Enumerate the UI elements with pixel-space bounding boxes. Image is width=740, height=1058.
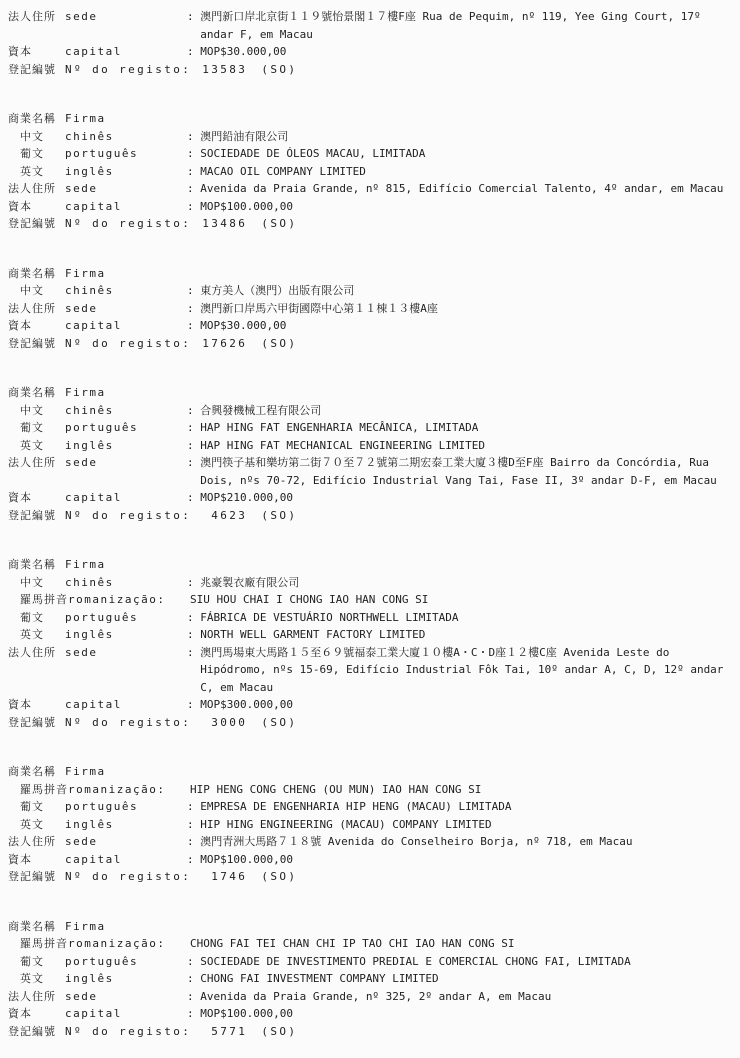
colon-separator: :	[187, 970, 200, 988]
colon-separator: :	[187, 180, 200, 198]
field-row: 資本capital: MOP$210.000,00	[8, 489, 734, 507]
field-value: FÁBRICA DE VESTUÁRIO NORTHWELL LIMITADA	[200, 609, 734, 627]
field-value: Avenida da Praia Grande, nº 325, 2º anda…	[200, 988, 734, 1006]
label-pt: Nº do registo:	[65, 1023, 191, 1041]
firma-header-row: 商業名稱Firma	[8, 384, 734, 402]
field-value-wrap: : MOP$300.000,00	[187, 696, 734, 714]
label-pt: chinês	[65, 574, 187, 592]
field-value-wrap: : FÁBRICA DE VESTUÁRIO NORTHWELL LIMITAD…	[187, 609, 734, 627]
label-zh: 法人住所	[8, 988, 65, 1006]
field-value-wrap: : HAP HING FAT MECHANICAL ENGINEERING LI…	[187, 437, 734, 455]
label-zh: 登記編號	[8, 868, 65, 886]
colon-separator: :	[187, 1005, 200, 1023]
field-value-wrap: : EMPRESA DE ENGENHARIA HIP HENG (MACAU)…	[187, 798, 734, 816]
label-pt: Nº do registo:	[65, 335, 191, 353]
label-pt: Firma	[65, 265, 187, 283]
field-value: NORTH WELL GARMENT FACTORY LIMITED	[200, 626, 734, 644]
colon-separator: :	[187, 317, 200, 335]
colon-separator: :	[187, 437, 200, 455]
field-row: 英文inglês: HIP HING ENGINEERING (MACAU) C…	[8, 816, 734, 834]
label-pt: chinês	[65, 402, 187, 420]
field-row: 資本capital: MOP$100.000,00	[8, 198, 734, 216]
field-value-wrap: : 澳門青洲大馬路７１８號 Avenida do Conselheiro Bor…	[187, 833, 734, 851]
colon-separator: :	[187, 953, 200, 971]
label-pt: português	[65, 953, 187, 971]
company-entry: 法人住所sede: 澳門新口岸北京街１１９號怡景閣１７樓F座 Rua de Pe…	[8, 8, 734, 78]
colon-separator: :	[187, 454, 200, 489]
colon-separator: :	[187, 851, 200, 869]
field-value: MOP$300.000,00	[200, 696, 734, 714]
field-value: HIP HING ENGINEERING (MACAU) COMPANY LIM…	[200, 816, 734, 834]
registration-number: 4623	[201, 507, 247, 525]
field-row: 資本capital: MOP$100.000,00	[8, 1005, 734, 1023]
label-pt: inglês	[65, 437, 187, 455]
field-value: SOCIEDADE DE INVESTIMENTO PREDIAL E COME…	[200, 953, 734, 971]
label-pt: capital	[65, 696, 187, 714]
registration-row: 登記編號Nº do registo:17626(SO)	[8, 335, 734, 353]
field-value-wrap: : Avenida da Praia Grande, nº 325, 2º an…	[187, 988, 734, 1006]
label-zh: 資本	[8, 489, 65, 507]
field-row: 葡文português: SOCIEDADE DE INVESTIMENTO P…	[8, 953, 734, 971]
field-row: 英文inglês: NORTH WELL GARMENT FACTORY LIM…	[8, 626, 734, 644]
label-zh: 法人住所	[8, 833, 65, 851]
label-zh: 中文	[8, 128, 65, 146]
field-row: 羅馬拼音romanização:CHONG FAI TEI CHAN CHI I…	[8, 935, 734, 953]
label-pt: sede	[65, 988, 187, 1006]
registration-number: 5771	[201, 1023, 247, 1041]
label-pt: capital	[65, 851, 187, 869]
company-entry: 商業名稱Firma中文chinês: 兆豪製衣廠有限公司羅馬拼音romaniza…	[8, 556, 734, 731]
registration-suffix: (SO)	[261, 507, 297, 525]
field-value: CHONG FAI INVESTMENT COMPANY LIMITED	[200, 970, 734, 988]
registration-suffix: (SO)	[261, 714, 297, 732]
label-pt: inglês	[65, 626, 187, 644]
label-zh: 資本	[8, 851, 65, 869]
label-zh: 葡文	[8, 609, 65, 627]
field-row: 英文inglês: HAP HING FAT MECHANICAL ENGINE…	[8, 437, 734, 455]
label-zh: 羅馬拼音	[8, 935, 68, 953]
field-value-wrap: : MOP$100.000,00	[187, 198, 734, 216]
field-value: SOCIEDADE DE ÓLEOS MACAU, LIMITADA	[200, 145, 734, 163]
label-pt: romanização:	[68, 781, 190, 799]
registration-number: 13486	[201, 215, 247, 233]
colon-separator: :	[187, 574, 200, 592]
label-zh: 英文	[8, 970, 65, 988]
label-zh: 商業名稱	[8, 556, 65, 574]
company-entry: 商業名稱Firma中文chinês: 澳門鉛油有限公司葡文português: …	[8, 110, 734, 233]
label-pt: sede	[65, 300, 187, 318]
label-pt: capital	[65, 489, 187, 507]
field-value-wrap: : 澳門新口岸北京街１１９號怡景閣１７樓F座 Rua de Pequim, nº…	[187, 8, 734, 43]
field-value: CHONG FAI TEI CHAN CHI IP TAO CHI IAO HA…	[190, 935, 734, 953]
field-value: 合興發機械工程有限公司	[200, 402, 734, 420]
field-value-wrap: : SOCIEDADE DE ÓLEOS MACAU, LIMITADA	[187, 145, 734, 163]
label-pt: chinês	[65, 282, 187, 300]
label-pt: inglês	[65, 816, 187, 834]
field-value-wrap: : MOP$100.000,00	[187, 1005, 734, 1023]
field-value-wrap: : 澳門新口岸馬六甲街國際中心第１１棟１３樓A座	[187, 300, 734, 318]
label-zh: 葡文	[8, 953, 65, 971]
field-row: 葡文português: SOCIEDADE DE ÓLEOS MACAU, L…	[8, 145, 734, 163]
colon-separator: :	[187, 128, 200, 146]
label-zh: 登記編號	[8, 335, 65, 353]
label-zh: 資本	[8, 1005, 65, 1023]
field-value: 澳門馬場東大馬路１５至６９號福泰工業大廈１０樓A・C・D座１２樓C座 Aveni…	[200, 644, 734, 697]
colon-separator: :	[187, 988, 200, 1006]
registration-number: 3000	[201, 714, 247, 732]
label-pt: Nº do registo:	[65, 868, 191, 886]
field-value-wrap: SIU HOU CHAI I CHONG IAO HAN CONG SI	[190, 591, 734, 609]
field-row: 法人住所sede: 澳門新口岸馬六甲街國際中心第１１棟１３樓A座	[8, 300, 734, 318]
label-zh: 法人住所	[8, 180, 65, 198]
label-zh: 登記編號	[8, 507, 65, 525]
field-value: MACAO OIL COMPANY LIMITED	[200, 163, 734, 181]
registration-row: 登記編號Nº do registo:13486(SO)	[8, 215, 734, 233]
colon-separator: :	[187, 696, 200, 714]
field-value: HAP HING FAT ENGENHARIA MECÂNICA, LIMITA…	[200, 419, 734, 437]
label-pt: português	[65, 145, 187, 163]
label-pt: Nº do registo:	[65, 61, 191, 79]
label-pt: chinês	[65, 128, 187, 146]
field-row: 資本capital: MOP$300.000,00	[8, 696, 734, 714]
label-zh: 羅馬拼音	[8, 781, 68, 799]
colon-separator: :	[187, 198, 200, 216]
label-zh: 商業名稱	[8, 265, 65, 283]
label-pt: Firma	[65, 556, 187, 574]
company-entry: 商業名稱Firma羅馬拼音romanização:CHONG FAI TEI C…	[8, 918, 734, 1041]
field-value-wrap: : HAP HING FAT ENGENHARIA MECÂNICA, LIMI…	[187, 419, 734, 437]
field-value: 澳門青洲大馬路７１８號 Avenida do Conselheiro Borja…	[200, 833, 734, 851]
label-pt: Nº do registo:	[65, 215, 191, 233]
colon-separator: :	[187, 43, 200, 61]
field-value-wrap: : 合興發機械工程有限公司	[187, 402, 734, 420]
colon-separator: :	[187, 419, 200, 437]
field-value: 澳門筷子基和樂坊第二街７０至７２號第二期宏泰工業大廈３樓D至F座 Bairro …	[200, 454, 734, 489]
registration-suffix: (SO)	[261, 868, 297, 886]
field-row: 葡文português: EMPRESA DE ENGENHARIA HIP H…	[8, 798, 734, 816]
field-value-wrap: : MOP$100.000,00	[187, 851, 734, 869]
label-pt: sede	[65, 180, 187, 198]
label-pt: inglês	[65, 163, 187, 181]
label-pt: Firma	[65, 110, 187, 128]
colon-separator: :	[187, 798, 200, 816]
label-pt: Firma	[65, 384, 187, 402]
label-zh: 資本	[8, 696, 65, 714]
colon-separator: :	[187, 626, 200, 644]
field-row: 法人住所sede: 澳門青洲大馬路７１８號 Avenida do Conselh…	[8, 833, 734, 851]
label-zh: 商業名稱	[8, 384, 65, 402]
firma-header-row: 商業名稱Firma	[8, 265, 734, 283]
company-entry: 商業名稱Firma中文chinês: 合興發機械工程有限公司葡文portuguê…	[8, 384, 734, 524]
label-pt: sede	[65, 454, 187, 472]
field-value: MOP$210.000,00	[200, 489, 734, 507]
label-pt: capital	[65, 317, 187, 335]
field-value-wrap: : MOP$30.000,00	[187, 317, 734, 335]
label-pt: sede	[65, 8, 187, 26]
field-value: MOP$100.000,00	[200, 198, 734, 216]
field-row: 葡文português: FÁBRICA DE VESTUÁRIO NORTHW…	[8, 609, 734, 627]
label-zh: 英文	[8, 816, 65, 834]
field-value-wrap: : MACAO OIL COMPANY LIMITED	[187, 163, 734, 181]
field-row: 中文chinês: 兆豪製衣廠有限公司	[8, 574, 734, 592]
field-value: SIU HOU CHAI I CHONG IAO HAN CONG SI	[190, 591, 734, 609]
field-row: 英文inglês: CHONG FAI INVESTMENT COMPANY L…	[8, 970, 734, 988]
label-zh: 葡文	[8, 798, 65, 816]
field-value: Avenida da Praia Grande, nº 815, Edifíci…	[200, 180, 734, 198]
registration-number: 1746	[201, 868, 247, 886]
field-value-wrap: : HIP HING ENGINEERING (MACAU) COMPANY L…	[187, 816, 734, 834]
field-value-wrap: : MOP$30.000,00	[187, 43, 734, 61]
label-pt: português	[65, 609, 187, 627]
label-zh: 法人住所	[8, 300, 65, 318]
field-row: 法人住所sede: 澳門馬場東大馬路１５至６９號福泰工業大廈１０樓A・C・D座１…	[8, 644, 734, 697]
field-value-wrap: : 東方美人（澳門）出版有限公司	[187, 282, 734, 300]
label-zh: 資本	[8, 317, 65, 335]
field-value-wrap: : 澳門馬場東大馬路１５至６９號福泰工業大廈１０樓A・C・D座１２樓C座 Ave…	[187, 644, 734, 697]
label-pt: sede	[65, 833, 187, 851]
label-pt: sede	[65, 644, 187, 662]
field-value-wrap: CHONG FAI TEI CHAN CHI IP TAO CHI IAO HA…	[190, 935, 734, 953]
company-entry: 商業名稱Firma羅馬拼音romanização:HIP HENG CONG C…	[8, 763, 734, 886]
registration-suffix: (SO)	[261, 215, 297, 233]
firma-header-row: 商業名稱Firma	[8, 110, 734, 128]
field-value: 澳門新口岸北京街１１９號怡景閣１７樓F座 Rua de Pequim, nº 1…	[200, 8, 734, 43]
registration-row: 登記編號Nº do registo:4623(SO)	[8, 507, 734, 525]
registry-entries: 法人住所sede: 澳門新口岸北京街１１９號怡景閣１７樓F座 Rua de Pe…	[8, 8, 734, 1040]
label-pt: Firma	[65, 763, 187, 781]
field-value: 澳門鉛油有限公司	[200, 128, 734, 146]
registration-row: 登記編號Nº do registo:3000(SO)	[8, 714, 734, 732]
registration-suffix: (SO)	[261, 335, 297, 353]
label-zh: 法人住所	[8, 644, 65, 662]
registration-row: 登記編號Nº do registo:1746(SO)	[8, 868, 734, 886]
registration-suffix: (SO)	[261, 1023, 297, 1041]
field-row: 法人住所sede: Avenida da Praia Grande, nº 32…	[8, 988, 734, 1006]
label-pt: Nº do registo:	[65, 714, 191, 732]
field-value-wrap: : MOP$210.000,00	[187, 489, 734, 507]
label-zh: 資本	[8, 198, 65, 216]
registration-row: 登記編號Nº do registo:13583(SO)	[8, 61, 734, 79]
label-zh: 商業名稱	[8, 110, 65, 128]
registration-row: 登記編號Nº do registo:5771(SO)	[8, 1023, 734, 1041]
firma-header-row: 商業名稱Firma	[8, 763, 734, 781]
field-row: 中文chinês: 合興發機械工程有限公司	[8, 402, 734, 420]
label-zh: 中文	[8, 402, 65, 420]
field-value: HAP HING FAT MECHANICAL ENGINEERING LIMI…	[200, 437, 734, 455]
field-value: HIP HENG CONG CHENG (OU MUN) IAO HAN CON…	[190, 781, 734, 799]
registry-document-page: 法人住所sede: 澳門新口岸北京街１１９號怡景閣１７樓F座 Rua de Pe…	[0, 0, 740, 1058]
field-value: 兆豪製衣廠有限公司	[200, 574, 734, 592]
label-pt: romanização:	[68, 935, 190, 953]
label-zh: 商業名稱	[8, 763, 65, 781]
label-pt: capital	[65, 1005, 187, 1023]
label-pt: português	[65, 798, 187, 816]
field-value: MOP$30.000,00	[200, 317, 734, 335]
field-value: 澳門新口岸馬六甲街國際中心第１１棟１３樓A座	[200, 300, 734, 318]
field-value: 東方美人（澳門）出版有限公司	[200, 282, 734, 300]
field-value-wrap: HIP HENG CONG CHENG (OU MUN) IAO HAN CON…	[190, 781, 734, 799]
colon-separator: :	[187, 816, 200, 834]
field-value: EMPRESA DE ENGENHARIA HIP HENG (MACAU) L…	[200, 798, 734, 816]
label-zh: 中文	[8, 282, 65, 300]
field-row: 資本capital: MOP$30.000,00	[8, 317, 734, 335]
field-row: 中文chinês: 澳門鉛油有限公司	[8, 128, 734, 146]
label-zh: 英文	[8, 626, 65, 644]
field-value-wrap: : 澳門鉛油有限公司	[187, 128, 734, 146]
firma-header-row: 商業名稱Firma	[8, 556, 734, 574]
label-zh: 羅馬拼音	[8, 591, 68, 609]
label-zh: 商業名稱	[8, 918, 65, 936]
colon-separator: :	[187, 402, 200, 420]
field-row: 法人住所sede: 澳門新口岸北京街１１９號怡景閣１７樓F座 Rua de Pe…	[8, 8, 734, 43]
field-row: 英文inglês: MACAO OIL COMPANY LIMITED	[8, 163, 734, 181]
colon-separator: :	[187, 145, 200, 163]
colon-separator: :	[187, 282, 200, 300]
colon-separator: :	[187, 163, 200, 181]
label-zh: 登記編號	[8, 215, 65, 233]
field-value-wrap: : 兆豪製衣廠有限公司	[187, 574, 734, 592]
colon-separator: :	[187, 300, 200, 318]
label-zh: 資本	[8, 43, 65, 61]
label-zh: 葡文	[8, 419, 65, 437]
label-pt: Firma	[65, 918, 187, 936]
field-value-wrap: : CHONG FAI INVESTMENT COMPANY LIMITED	[187, 970, 734, 988]
firma-header-row: 商業名稱Firma	[8, 918, 734, 936]
label-zh: 登記編號	[8, 1023, 65, 1041]
colon-separator: :	[187, 8, 200, 43]
label-zh: 法人住所	[8, 454, 65, 472]
colon-separator: :	[187, 489, 200, 507]
label-zh: 英文	[8, 163, 65, 181]
colon-separator: :	[187, 644, 200, 697]
field-value-wrap: : Avenida da Praia Grande, nº 815, Edifí…	[187, 180, 734, 198]
field-value-wrap: : NORTH WELL GARMENT FACTORY LIMITED	[187, 626, 734, 644]
company-entry: 商業名稱Firma中文chinês: 東方美人（澳門）出版有限公司法人住所sed…	[8, 265, 734, 353]
field-value: MOP$30.000,00	[200, 43, 734, 61]
field-row: 羅馬拼音romanização:SIU HOU CHAI I CHONG IAO…	[8, 591, 734, 609]
label-pt: inglês	[65, 970, 187, 988]
registration-number: 13583	[201, 61, 247, 79]
label-pt: romanização:	[68, 591, 190, 609]
label-zh: 英文	[8, 437, 65, 455]
registration-number: 17626	[201, 335, 247, 353]
label-zh: 法人住所	[8, 8, 65, 26]
colon-separator: :	[187, 833, 200, 851]
colon-separator: :	[187, 609, 200, 627]
label-pt: português	[65, 419, 187, 437]
field-value: MOP$100.000,00	[200, 1005, 734, 1023]
field-value-wrap: : 澳門筷子基和樂坊第二街７０至７２號第二期宏泰工業大廈３樓D至F座 Bairr…	[187, 454, 734, 489]
field-row: 資本capital: MOP$30.000,00	[8, 43, 734, 61]
field-row: 法人住所sede: Avenida da Praia Grande, nº 81…	[8, 180, 734, 198]
label-pt: Nº do registo:	[65, 507, 191, 525]
label-zh: 登記編號	[8, 61, 65, 79]
label-zh: 葡文	[8, 145, 65, 163]
label-pt: capital	[65, 43, 187, 61]
registration-suffix: (SO)	[261, 61, 297, 79]
field-row: 中文chinês: 東方美人（澳門）出版有限公司	[8, 282, 734, 300]
label-zh: 中文	[8, 574, 65, 592]
field-row: 資本capital: MOP$100.000,00	[8, 851, 734, 869]
label-zh: 登記編號	[8, 714, 65, 732]
field-row: 法人住所sede: 澳門筷子基和樂坊第二街７０至７２號第二期宏泰工業大廈３樓D至…	[8, 454, 734, 489]
field-row: 羅馬拼音romanização:HIP HENG CONG CHENG (OU …	[8, 781, 734, 799]
label-pt: capital	[65, 198, 187, 216]
field-value: MOP$100.000,00	[200, 851, 734, 869]
field-value-wrap: : SOCIEDADE DE INVESTIMENTO PREDIAL E CO…	[187, 953, 734, 971]
field-row: 葡文português: HAP HING FAT ENGENHARIA MEC…	[8, 419, 734, 437]
